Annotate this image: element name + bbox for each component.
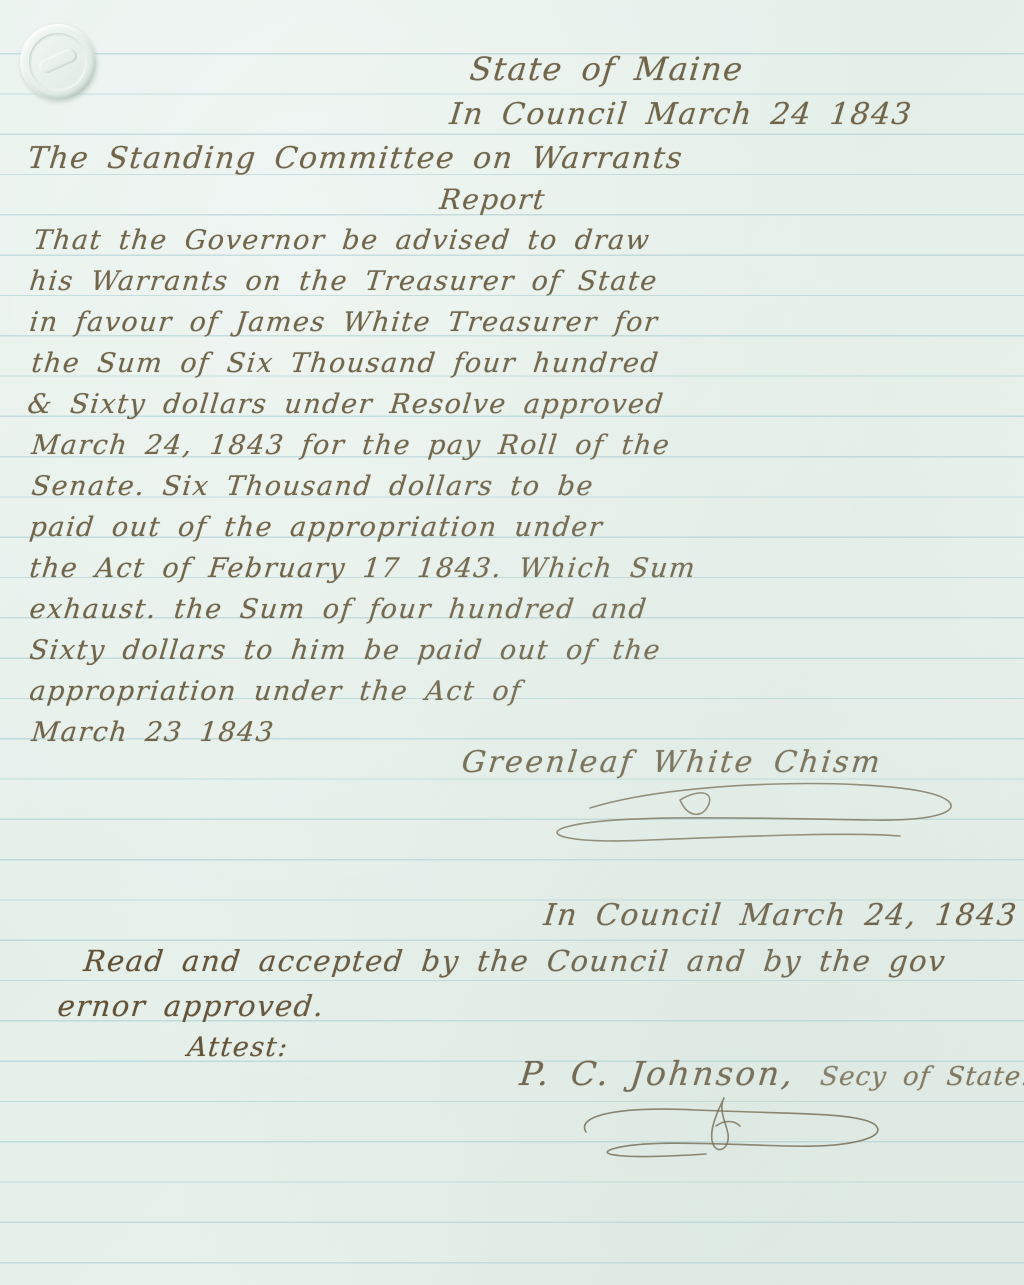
header-committee-line: The Standing Committee on Warrants <box>26 141 685 176</box>
footer-attest-label: Attest: <box>186 1032 290 1063</box>
body-line: exhaust. the Sum of four hundred and <box>28 594 649 625</box>
secretary-title: Secy of State. <box>819 1062 1024 1092</box>
footer-council-line: In Council March 24, 1843 <box>542 898 1019 933</box>
committee-signature: Greenleaf White Chism <box>460 745 884 780</box>
secretary-signature: P. C. Johnson, <box>518 1054 797 1093</box>
header-council-line: In Council March 24 1843 <box>448 97 914 132</box>
secretary-signature-line: P. C. Johnson, Secy of State. <box>518 1054 1024 1093</box>
body-line: his Warrants on the Treasurer of State <box>28 266 660 297</box>
embossed-seal-icon <box>20 24 96 100</box>
body-line: That the Governor be advised to draw <box>32 225 652 256</box>
body-line: appropriation under the Act of <box>28 676 523 707</box>
body-line: the Act of February 17 1843. Which Sum <box>28 553 698 584</box>
body-line: Sixty dollars to him be paid out of the <box>28 635 663 666</box>
header-report-label: Report <box>438 183 548 216</box>
manuscript-page: State of Maine In Council March 24 1843 … <box>0 0 1024 1285</box>
body-line: Senate. Six Thousand dollars to be <box>30 471 596 502</box>
body-line: paid out of the appropriation under <box>28 512 605 543</box>
footer-action-line-1: Read and accepted by the Council and by … <box>82 944 948 978</box>
body-line: in favour of James White Treasurer for <box>28 307 660 338</box>
body-line: & Sixty dollars under Resolve approved <box>26 389 666 420</box>
body-line: the Sum of Six Thousand four hundred <box>30 348 661 379</box>
body-line: March 23 1843 <box>30 717 276 748</box>
body-line: March 24, 1843 for the pay Roll of the <box>30 430 672 461</box>
secretary-signature-flourish <box>556 1096 906 1162</box>
footer-action-line-2: ernor approved. <box>56 989 326 1023</box>
signature-flourish <box>530 778 990 850</box>
header-state-line: State of Maine <box>468 50 746 88</box>
